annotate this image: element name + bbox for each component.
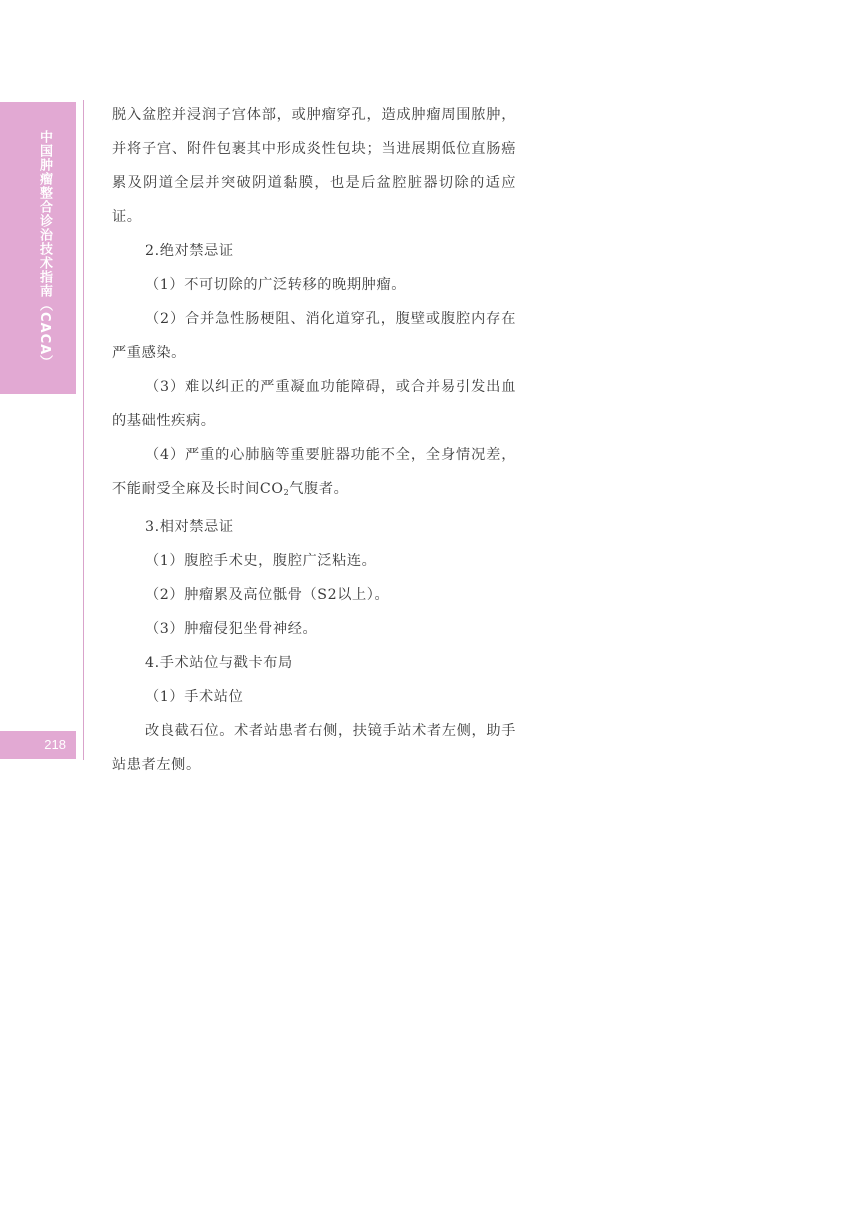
list-item: （3）肿瘤侵犯坐骨神经。 (112, 612, 516, 646)
book-title: 中国肿瘤整合诊治技术指南（CACA） (36, 130, 52, 369)
section-heading: 4.手术站位与戳卡布局 (112, 646, 516, 680)
subsection-heading: （1）手术站位 (112, 680, 516, 714)
list-item: （1）腹腔手术史，腹腔广泛粘连。 (112, 544, 516, 578)
paragraph: 改良截石位。术者站患者右侧，扶镜手站术者左侧，助手站患者左侧。 (112, 714, 516, 782)
paragraph: 脱入盆腔并浸润子宫体部，或肿瘤穿孔，造成肿瘤周围脓肿，并将子宫、附件包裹其中形成… (112, 98, 516, 234)
section-heading: 3.相对禁忌证 (112, 510, 516, 544)
text-part: 气腹者。 (289, 481, 348, 497)
list-item: （2）肿瘤累及高位骶骨（S2以上）。 (112, 578, 516, 612)
section-heading: 2.绝对禁忌证 (112, 234, 516, 268)
page-number-box: 218 (0, 731, 76, 759)
list-item: （1）不可切除的广泛转移的晚期肿瘤。 (112, 268, 516, 302)
margin-divider (83, 100, 84, 760)
page-number: 218 (44, 737, 66, 752)
list-item: （3）难以纠正的严重凝血功能障碍，或合并易引发出血的基础性疾病。 (112, 370, 516, 438)
body-text: 脱入盆腔并浸润子宫体部，或肿瘤穿孔，造成肿瘤周围脓肿，并将子宫、附件包裹其中形成… (112, 98, 516, 782)
list-item: （4）严重的心肺脑等重要脏器功能不全，全身情况差，不能耐受全麻及长时间CO2气腹… (112, 438, 516, 510)
list-item: （2）合并急性肠梗阻、消化道穿孔，腹壁或腹腔内存在严重感染。 (112, 302, 516, 370)
